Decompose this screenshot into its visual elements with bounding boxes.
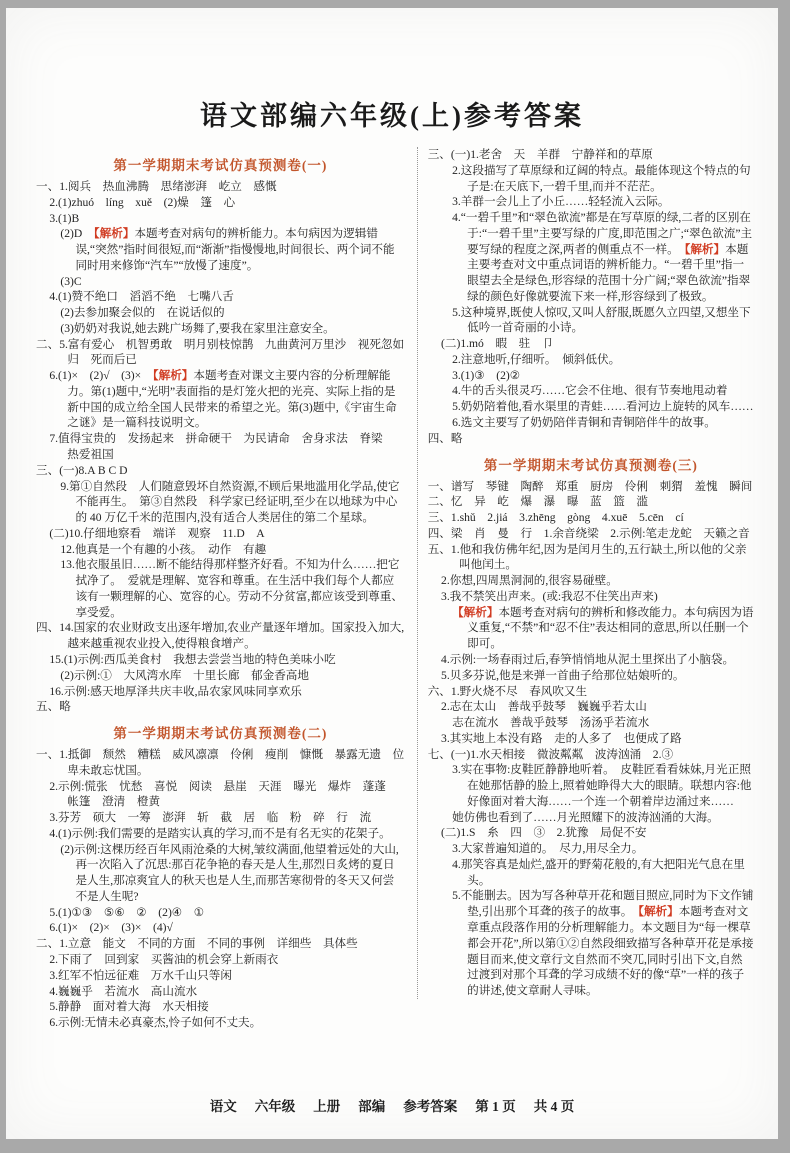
answer-line: 四、14.国家的农业财政支出逐年增加,农业产量逐年增加。国家投入加大,越来越重视… — [36, 620, 405, 652]
answer-line: 5.(1)①③ ⑤⑥ ② (2)④ ① — [49, 905, 404, 921]
answer-line: 12.他真是一个有趣的小孩。 动作 有趣 — [60, 542, 404, 558]
answer-line: (2)去参加聚会似的 在说话似的 — [60, 305, 404, 321]
answer-line: 6.示例:无情未必真豪杰,怜子如何不丈夫。 — [49, 1015, 404, 1031]
answer-line: 3.实在事物:皮鞋匠静静地听着。 皮鞋匠看看妹妹,月光正照在她那恬静的脸上,照着… — [452, 762, 754, 809]
jiexi-marker: 【解析】 — [452, 606, 498, 619]
page-footer: 语文六年级上册部编参考答案第 1 页共 4 页 — [6, 1095, 778, 1115]
answer-line: 5.静静 面对着大海 水天相接 — [49, 999, 404, 1015]
page: 语文部编六年级(上)参考答案 第一学期期末考试仿真预测卷(一)一、1.阅兵 热血… — [6, 8, 778, 1139]
answer-line: 3.其实地上本没有路 走的人多了 也便成了路 — [441, 731, 754, 747]
footer-segment: 语文 — [210, 1099, 237, 1114]
answer-line: 2.示例:慌张 忧愁 喜悦 阅读 悬崖 天涯 曝光 爆炸 蓬蓬 帐篷 澄清 橙黄 — [49, 779, 404, 811]
answer-line: 3.红军不怕远征难 万水千山只等闲 — [49, 968, 404, 984]
answer-line: 16.示例:感天地厚泽共庆丰收,品农家风味同享欢乐 — [49, 684, 404, 700]
answer-line: 三、(一)8.A B C D — [36, 463, 405, 479]
jiexi-marker: 【解析】 — [638, 905, 679, 918]
answer-line: 志在流水 善哉乎鼓琴 汤汤乎若流水 — [452, 715, 754, 731]
answer-line: (2)示例:① 大风湾水库 十里长廊 郁金香高地 — [60, 668, 404, 684]
answer-line: 5.奶奶陪着他,看水渠里的青蛙……看河边上旋转的风车…… — [452, 399, 754, 415]
answer-line: 4.巍巍乎 若流水 高山流水 — [49, 984, 404, 1000]
section-header: 第一学期期末考试仿真预测卷(二) — [36, 722, 405, 742]
answer-line: 二、忆 异 屹 爆 瀑 曝 蓝 篮 滥 — [428, 494, 754, 510]
answer-line: 3.羊群一会儿上了小丘……轻轻流入云际。 — [452, 194, 754, 210]
answer-line: 4.那笑容真是灿烂,盛开的野菊花般的,有大把阳光气息在里头。 — [452, 857, 754, 889]
answer-line: 5.贝多芬说,他是来弹一首曲子给那位姑娘听的。 — [441, 668, 754, 684]
answer-line: 3.芬芳 硕大 一筹 澎湃 斩 截 居 临 粉 碎 行 流 — [49, 810, 404, 826]
answer-line: 一、谱写 琴键 陶醉 郑重 厨房 伶俐 刺猬 羞愧 瞬间 — [428, 479, 754, 495]
answer-line: 三、(一)1.老舍 天 羊群 宁静祥和的草原 — [428, 147, 754, 163]
answer-line: 3.(1)③ (2)② — [452, 368, 754, 384]
answer-line: 5.不能删去。因为写各种草开花和题目照应,同时为下文作铺垫,引出那个耳聋的孩子的… — [452, 888, 754, 998]
right-column: 三、(一)1.老舍 天 羊群 宁静祥和的草原2.这段描写了草原绿和辽阔的特点。最… — [417, 147, 754, 999]
answer-line: 7.值得宝贵的 发扬起来 拼命硬干 为民请命 舍身求法 脊梁 热爱祖国 — [49, 431, 404, 463]
answer-line: 六、1.野火烧不尽 春风吹又生 — [428, 684, 754, 700]
answer-line: 一、1.抵御 颓然 糟糕 威风凛凛 伶俐 瘦削 慷慨 暴露无遗 位卑未敢忘忧国。 — [36, 747, 405, 779]
answer-line: 3.大家普遍知道的。 尽力,用尽全力。 — [452, 841, 754, 857]
answer-line: (2)示例:这棵历经百年风雨沧桑的大树,皱纹满面,他望着远处的大山,再一次陷入了… — [60, 842, 404, 905]
answer-line: 四、梁 肖 曼 行 1.余音绕梁 2.示例:笔走龙蛇 天籁之音 — [428, 526, 754, 542]
answer-line: 五、1.他和我仿佛年纪,因为是闰月生的,五行缺土,所以他的父亲叫他闰土。 — [428, 542, 754, 574]
answer-content: 第一学期期末考试仿真预测卷(一)一、1.阅兵 热血沸腾 思绪澎湃 屹立 感慨2.… — [6, 133, 778, 1031]
answer-line: 2.你想,四周黑洞洞的,很容易碰壁。 — [441, 573, 754, 589]
answer-line: 【解析】本题考查对病句的辨析和修改能力。本句病因为语义重复,“不禁”和“忍不住”… — [452, 605, 754, 652]
answer-line: (二)1.S 糸 四 ③ 2.犹豫 局促不安 — [441, 825, 754, 841]
section-header: 第一学期期末考试仿真预测卷(三) — [428, 454, 754, 474]
answer-line: (3)C — [60, 274, 404, 290]
answer-line: (二)1.mó 暇 驻 卩 — [441, 336, 754, 352]
answer-line: 2.(1)zhuó líng xuě (2)燥 篷 心 — [49, 195, 404, 211]
footer-segment: 参考答案 — [403, 1099, 457, 1114]
answer-line: 6.(1)× (2)× (3)× (4)√ — [49, 920, 404, 936]
answer-line: 2.这段描写了草原绿和辽阔的特点。最能体现这个特点的句子是:在天底下,一碧千里,… — [452, 163, 754, 195]
answer-line: 三、1.shǔ 2.jiá 3.zhēng gòng 4.xuē 5.cēn c… — [428, 510, 754, 526]
answer-line: 4.示例:一场春雨过后,春笋悄悄地从泥土里探出了小脑袋。 — [441, 652, 754, 668]
footer-segment: 上册 — [313, 1099, 340, 1114]
answer-line: (二)10.仔细地察看 端详 观察 11.D A — [49, 526, 404, 542]
answer-line: 13.他衣服虽旧……断不能结得那样整齐好看。不知为什么……把它拭净了。 爱就是理… — [60, 557, 404, 620]
answer-line: 5.这种境界,既使人惊叹,又叫人舒服,既愿久立四望,又想坐下低吟一首奇丽的小诗。 — [452, 305, 754, 337]
footer-segment: 部编 — [358, 1099, 385, 1114]
scanned-answer-page: { "page": { "title": "语文部编六年级(上)参考答案" },… — [0, 0, 790, 1153]
answer-line: 二、5.富有爱心 机智勇敢 明月别枝惊鹊 九曲黄河万里沙 视死忽如归 死而后已 — [36, 337, 405, 369]
jiexi-marker: 【解析】 — [685, 243, 726, 256]
answer-line: (3)奶奶对我说,她去跳广场舞了,要我在家里注意安全。 — [60, 321, 404, 337]
footer-segment: 共 4 页 — [534, 1099, 575, 1114]
answer-line: 二、1.立意 能文 不同的方面 不同的事例 详细些 具体些 — [36, 936, 405, 952]
answer-line: 四、略 — [428, 431, 754, 447]
answer-line: 五、略 — [36, 699, 405, 715]
footer-segment: 六年级 — [255, 1099, 296, 1114]
answer-line: 15.(1)示例:西瓜美食村 我想去尝尝当地的特色美味小吃 — [49, 652, 404, 668]
jiexi-marker: 【解析】 — [94, 227, 135, 240]
answer-line: 6.选文主要写了奶奶陪伴青铜和青铜陪伴牛的故事。 — [452, 415, 754, 431]
answer-line: 3.(1)B — [49, 211, 404, 227]
answer-line: 4.牛的舌头很灵巧……它会不住地、很有节奏地甩动着 — [452, 383, 754, 399]
answer-line: 4.“一碧千里”和“翠色欲流”都是在写草原的绿,二者的区别在于:“一碧千里”主要… — [452, 210, 754, 305]
answer-line: 9.第①自然段 人们随意毁坏自然资源,不顾后果地滥用化学品,使它不能再生。 第③… — [60, 479, 404, 526]
answer-line: 4.(1)赞不绝口 滔滔不绝 七嘴八舌 — [49, 289, 404, 305]
answer-line: 她仿佛也看到了……月光照耀下的波涛汹涌的大海。 — [452, 810, 754, 826]
answer-line: 4.(1)示例:我们需要的是踏实认真的学习,而不是有名无实的花架子。 — [49, 826, 404, 842]
left-column: 第一学期期末考试仿真预测卷(一)一、1.阅兵 热血沸腾 思绪澎湃 屹立 感慨2.… — [36, 147, 405, 1031]
answer-line: 一、1.阅兵 热血沸腾 思绪澎湃 屹立 感慨 — [36, 179, 405, 195]
answer-line: 2.注意地听,仔细听。 倾斜低伏。 — [452, 352, 754, 368]
answer-line: 3.我不禁笑出声来。(或:我忍不住笑出声来) — [441, 589, 754, 605]
answer-line: 七、(一)1.水天相接 微波粼粼 波涛汹涌 2.③ — [428, 747, 754, 763]
answer-line: 6.(1)× (2)√ (3)× 【解析】本题考查对课文主要内容的分析理解能力。… — [49, 368, 404, 431]
jiexi-marker: 【解析】 — [153, 369, 194, 382]
footer-segment: 第 1 页 — [475, 1099, 516, 1114]
section-header: 第一学期期末考试仿真预测卷(一) — [36, 154, 405, 174]
answer-line: (2)D 【解析】本题考查对病句的辨析能力。本句病因为逻辑错误,“突然”指时间很… — [60, 226, 404, 273]
answer-line: 2.下雨了 回到家 买酱油的机会穿上新雨衣 — [49, 952, 404, 968]
answer-line: 2.志在太山 善哉乎鼓琴 巍巍乎若太山 — [441, 699, 754, 715]
page-title: 语文部编六年级(上)参考答案 — [6, 94, 778, 133]
